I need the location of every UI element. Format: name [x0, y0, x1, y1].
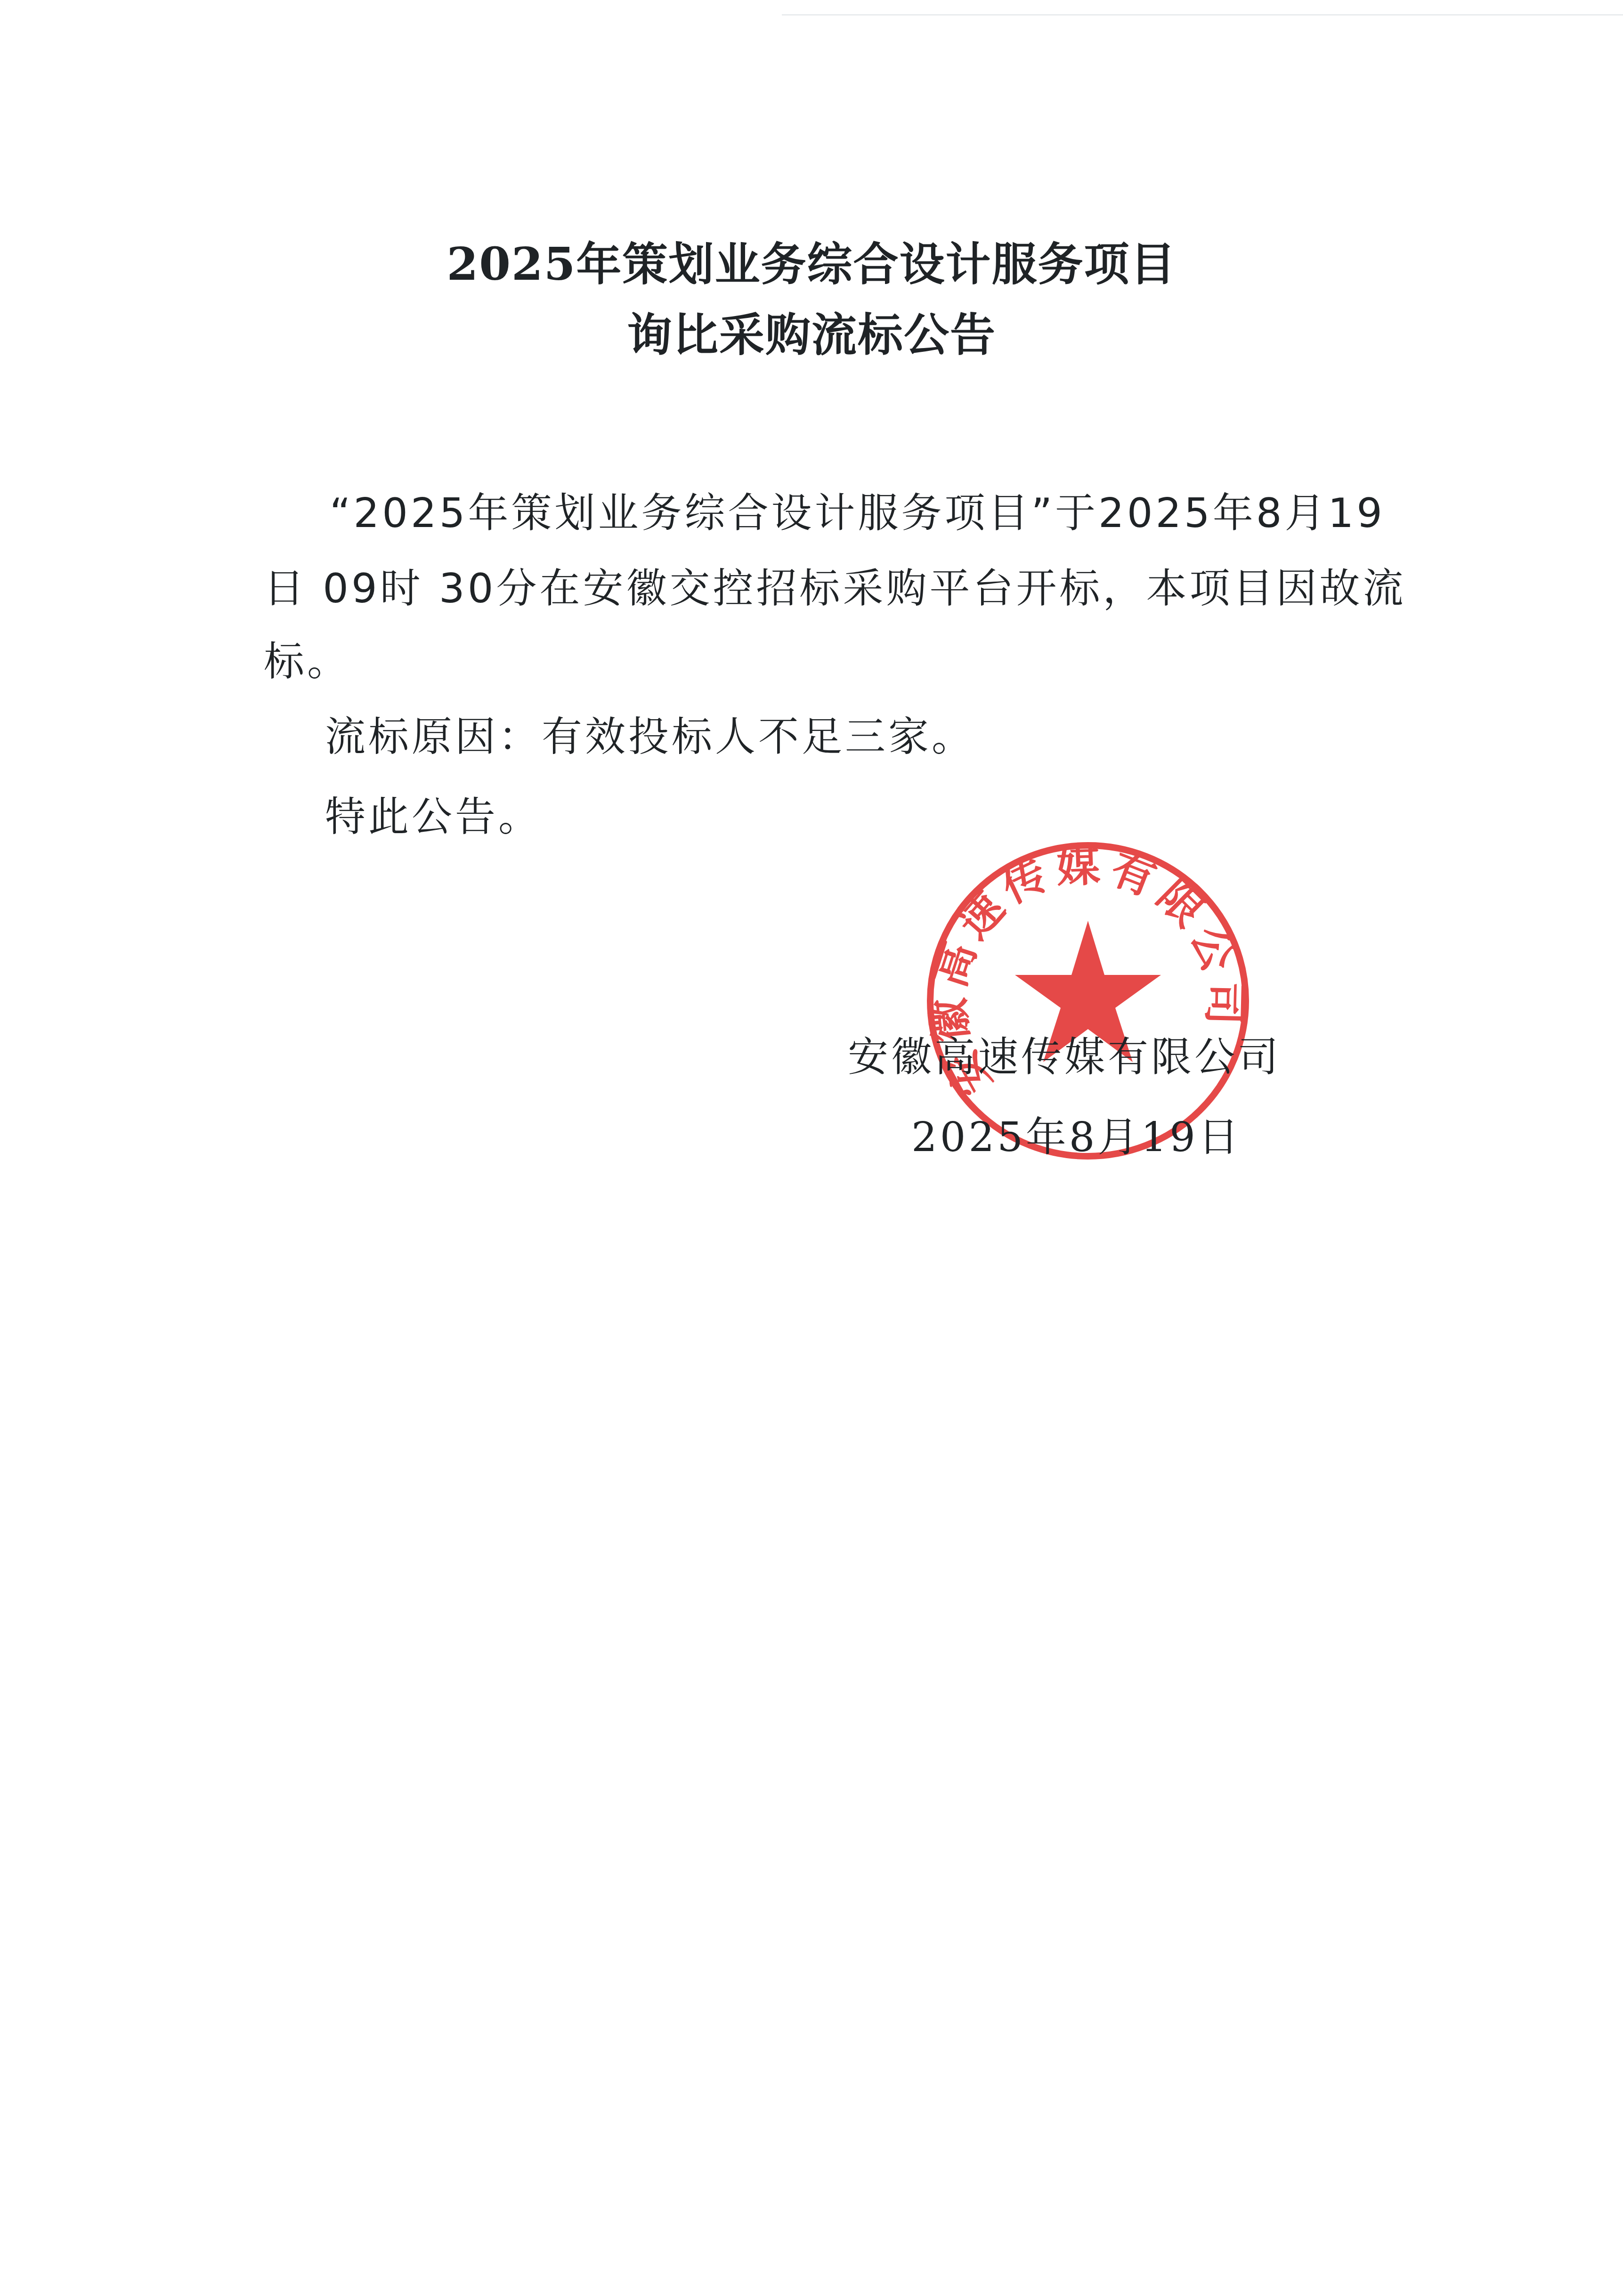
document-page: 2025年策划业务综合设计服务项目 询比采购流标公告 “2025年策划业务综合设… [0, 0, 1623, 2296]
scan-edge-line [782, 14, 1623, 16]
signature-company: 安徽高速传媒有限公司 [848, 1024, 1281, 1083]
closing-statement: 特此公告。 [325, 784, 542, 843]
body-paragraph-line-1: “2025年策划业务综合设计服务项目”于2025年8月19 [330, 480, 1385, 539]
document-title-line-1: 2025年策划业务综合设计服务项目 [0, 228, 1623, 293]
signature-date: 2025年8月19日 [911, 1104, 1242, 1163]
body-paragraph-line-2: 日 09时 30分在安徽交控招标采购平台开标，本项目因故流 [264, 556, 1406, 614]
failure-reason: 流标原因：有效投标人不足三家。 [325, 704, 975, 763]
document-title-line-2: 询比采购流标公告 [0, 299, 1623, 364]
body-paragraph-line-3: 标。 [264, 629, 350, 687]
